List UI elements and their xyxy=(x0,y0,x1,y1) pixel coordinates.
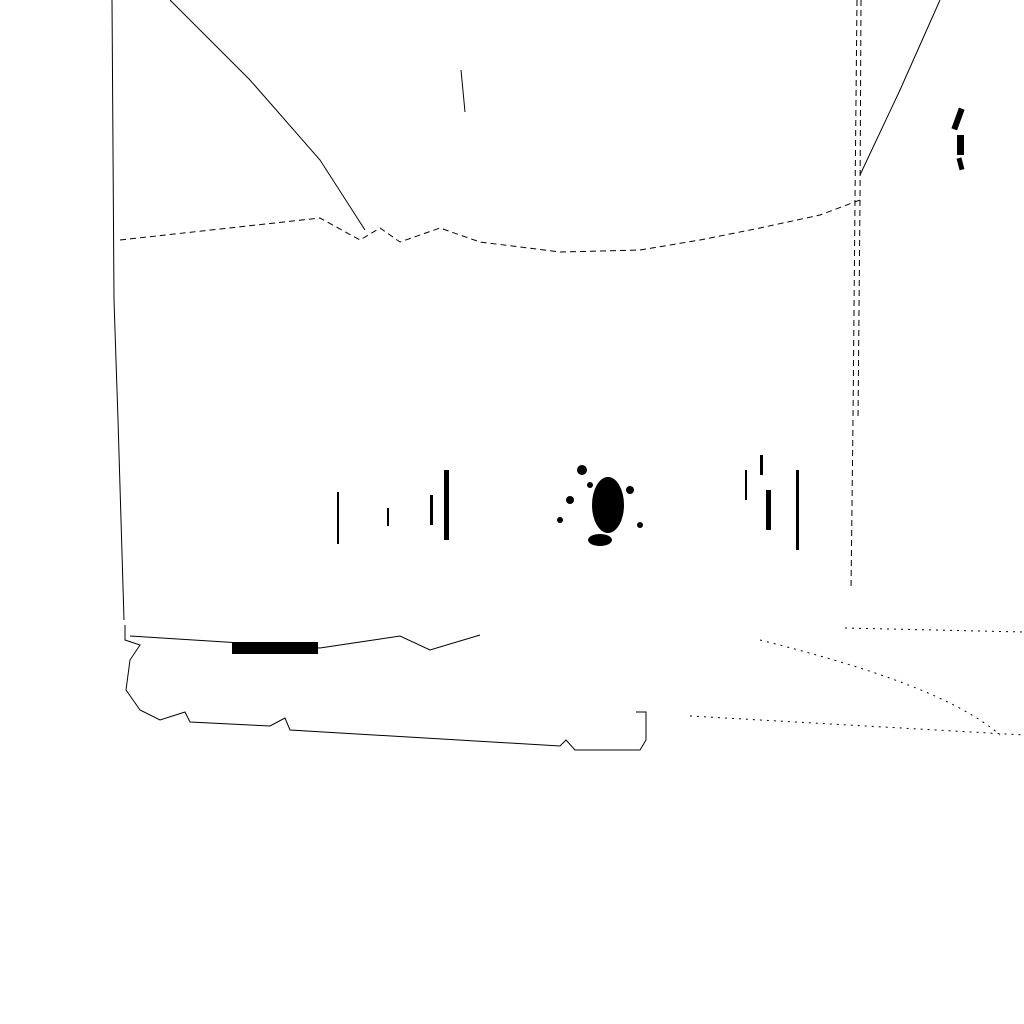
right-pillar-edge-2 xyxy=(858,0,861,420)
dark-band xyxy=(232,642,318,654)
right-streaks xyxy=(745,455,799,550)
floor-line xyxy=(690,716,1024,735)
left-streaks xyxy=(337,470,449,544)
right-shelf-line xyxy=(845,628,1024,632)
left-pillar-edge xyxy=(112,0,124,620)
upper-right-marks xyxy=(951,108,964,171)
lower-right-curve xyxy=(760,640,1000,735)
right-diagonal xyxy=(860,0,940,175)
thresholded-photo xyxy=(0,0,1024,1024)
center-dark-cluster xyxy=(557,465,643,546)
upper-horizon-line xyxy=(120,200,860,252)
foreground-object-outline xyxy=(125,625,646,750)
right-pillar-edge xyxy=(851,0,857,590)
ceiling-diagonal xyxy=(170,0,365,230)
small-upper-mark xyxy=(461,70,465,112)
